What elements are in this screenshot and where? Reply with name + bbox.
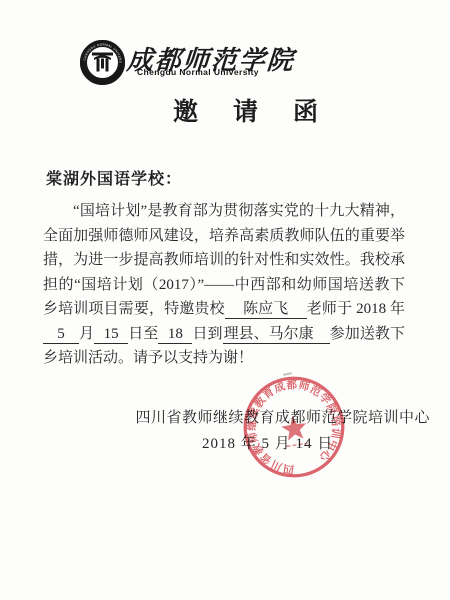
body-after-name: 老师于 2018 年 [307, 301, 405, 317]
end-day-blank: 18 [158, 326, 192, 344]
body-intro: “国培计划”是教育部为贯彻落实党的十九大精神，全面加强师德师风建设，培养高素质教… [43, 203, 405, 317]
document-title: 邀 请 函 [46, 92, 450, 128]
school-name-english: Chengdu Normal University [137, 67, 259, 77]
salutation: 棠湖外国语学校： [46, 166, 182, 189]
signature-date: 2018 年 5 月 14 日 [202, 432, 333, 453]
invitation-letter-page: CHENGDU NORMAL UNIVERSITY 成都师范学院 成都师范学院 … [0, 0, 450, 600]
university-logo-icon: CHENGDU NORMAL UNIVERSITY 成都师范学院 [79, 39, 126, 86]
teacher-name-blank: 陈应飞 [225, 301, 307, 319]
body-after-month: 月 [79, 326, 94, 342]
scan-artifact [283, 372, 292, 376]
start-day-blank: 15 [94, 326, 128, 344]
month-blank: 5 [43, 326, 79, 344]
body-between-days: 日至 [128, 326, 158, 342]
signature-organization: 四川省教师继续教育成都师范学院培训中心 [135, 406, 430, 427]
official-red-seal: 四川省教师继续教育成都师范学院培训中心 [225, 358, 363, 496]
body-after-days: 日到 [192, 326, 222, 342]
destination-blank: 理县、马尔康 [223, 326, 330, 344]
body-paragraph: “国培计划”是教育部为贯彻落实党的十九大精神，全面加强师德师风建设，培养高素质教… [43, 199, 405, 371]
